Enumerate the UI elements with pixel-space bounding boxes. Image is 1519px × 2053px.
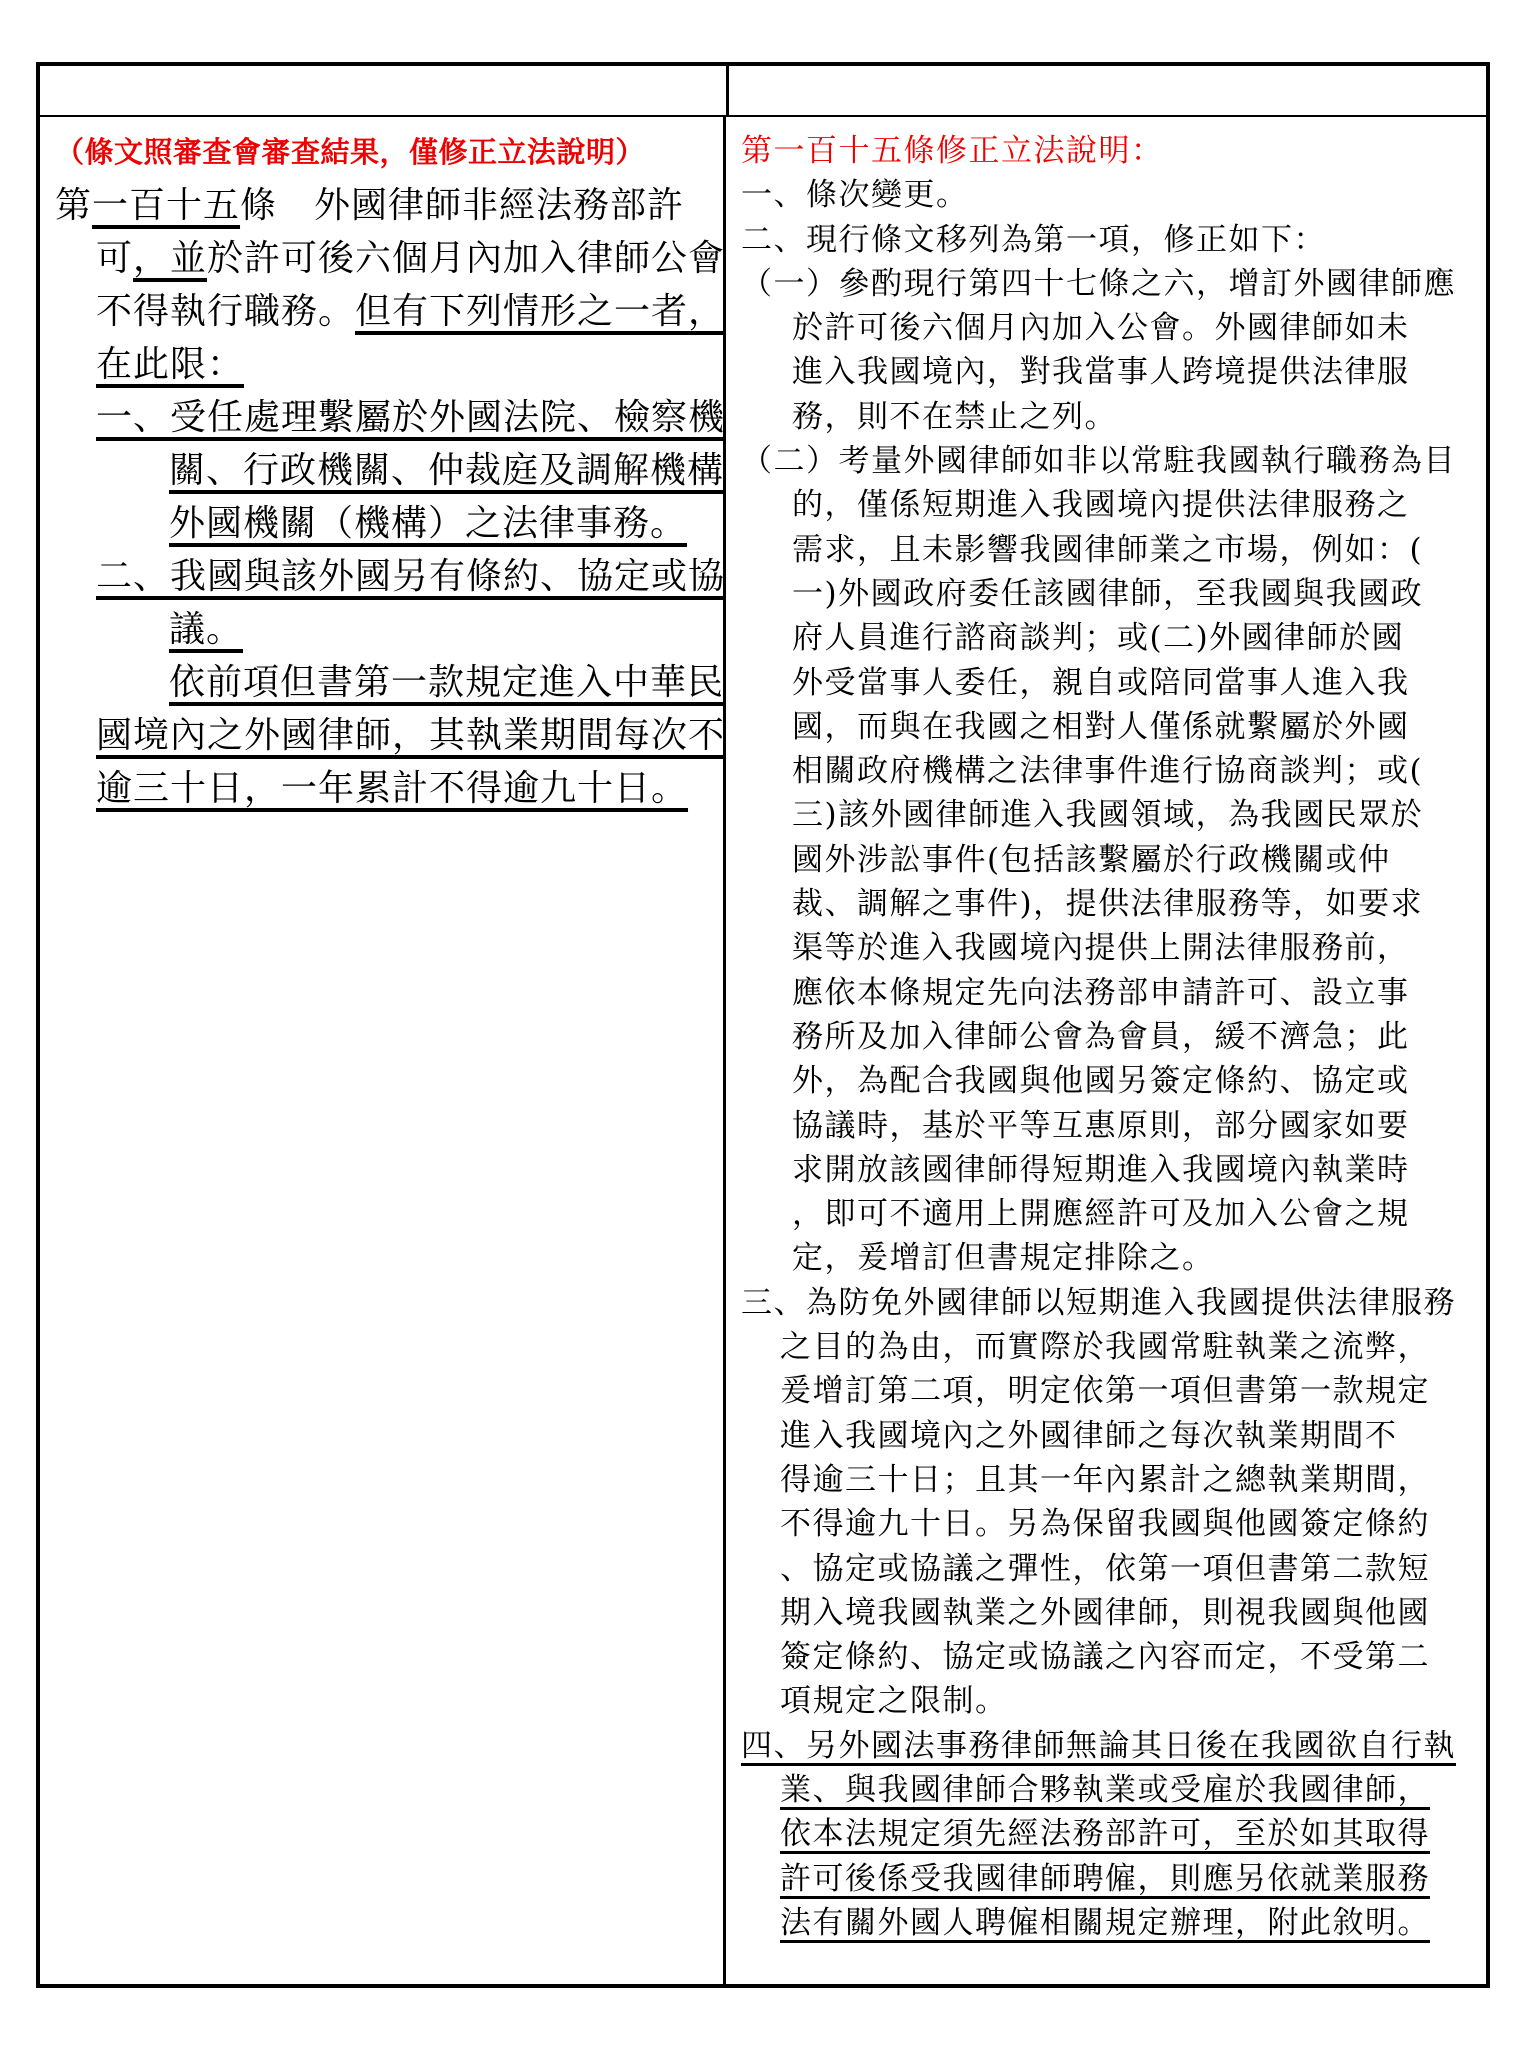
text-segment: 於許可後六個月內加入公會。外國律師如未 (792, 310, 1410, 346)
text-line: 依本法規定須先經法務部許可，至於如其取得 (741, 1812, 1482, 1856)
text-line: （一）參酌現行第四十七條之六，增訂外國律師應 (741, 262, 1482, 306)
header-cell-right (729, 66, 1486, 115)
underlined-text-segment: 業、與我國律師合夥執業或受雇於我國律師， (780, 1772, 1430, 1808)
text-line: 國外涉訟事件(包括該繫屬於行政機關或仲 (741, 838, 1482, 882)
text-line: 進入我國境內，對我當事人跨境提供法律服 (741, 350, 1482, 394)
underlined-text-segment: 關、行政機關、仲裁庭及調解機構等 (169, 450, 726, 491)
text-line: 國，而與在我國之相對人僅係就繫屬於外國 (741, 705, 1482, 749)
text-line: 第一百十五條 外國律師非經法務部許 (55, 179, 719, 232)
text-segment: 進入我國境內，對我當事人跨境提供法律服 (792, 354, 1410, 390)
text-segment: 相關政府機構之法律事件進行協商談判；或( (792, 753, 1423, 789)
text-segment: 國，而與在我國之相對人僅係就繫屬於外國 (792, 709, 1410, 745)
text-segment: （條文照審查會審查結果，僅修正立法說明） (55, 135, 645, 169)
text-segment: 外受當事人委任，親自或陪同當事人進入我 (792, 665, 1410, 701)
text-line: 第一百十五條修正立法說明： (741, 129, 1482, 173)
underlined-text-segment: ，並 (133, 238, 207, 279)
text-line: 、協定或協議之彈性，依第一項但書第二款短 (741, 1547, 1482, 1591)
text-segment: 爰增訂第二項，明定依第一項但書第一款規定 (780, 1373, 1430, 1409)
text-line: 在此限： (55, 338, 719, 391)
text-segment: 第一百十五條修正立法說明： (741, 133, 1164, 169)
underlined-text-segment: 國境內之外國律師，其執業期間每次不得 (96, 715, 726, 756)
text-segment: 府人員進行諮商談判；或(二)外國律師於國 (792, 620, 1404, 656)
text-line: 業、與我國律師合夥執業或受雇於我國律師， (741, 1768, 1482, 1812)
text-segment: 進入我國境內之外國律師之每次執業期間不 (780, 1418, 1398, 1454)
text-line: 進入我國境內之外國律師之每次執業期間不 (741, 1414, 1482, 1458)
text-segment: 求開放該國律師得短期進入我國境內執業時 (792, 1152, 1410, 1188)
underlined-text-segment: 四、另外國法事務律師無論其日後在我國欲自行執 (741, 1728, 1456, 1764)
text-line: 裁、調解之事件)，提供法律服務等，如要求 (741, 882, 1482, 926)
text-segment: 渠等於進入我國境內提供上開法律服務前， (792, 930, 1410, 966)
text-segment: 外，為配合我國與他國另簽定條約、協定或 (792, 1063, 1410, 1099)
text-segment: 三、為防免外國律師以短期進入我國提供法律服務 (741, 1285, 1456, 1321)
text-line: 之目的為由，而實際於我國常駐執業之流弊， (741, 1325, 1482, 1369)
text-line: 務所及加入律師公會為會員，緩不濟急；此 (741, 1015, 1482, 1059)
text-segment: 項規定之限制。 (780, 1683, 1008, 1719)
underlined-text-segment: 但有下列情形之一者，不 (355, 291, 726, 332)
text-line: （二）考量外國律師如非以常駐我國執行職務為目 (741, 439, 1482, 483)
text-line: 需求，且未影響我國律師業之市場，例如：( (741, 528, 1482, 572)
underlined-text-segment: 外國機關（機構）之法律事務。 (169, 503, 687, 544)
text-line: 渠等於進入我國境內提供上開法律服務前， (741, 926, 1482, 970)
text-line: 期入境我國執業之外國律師，則視我國與他國 (741, 1591, 1482, 1635)
comparison-table: （條文照審查會審查結果，僅修正立法說明）第一百十五條 外國律師非經法務部許可，並… (36, 62, 1490, 1988)
text-segment: 三)該外國律師進入我國領域，為我國民眾於 (792, 797, 1423, 833)
text-line: 關、行政機關、仲裁庭及調解機構等 (55, 444, 719, 497)
text-segment: 裁、調解之事件)，提供法律服務等，如要求 (792, 886, 1423, 922)
text-segment: 第 (55, 185, 92, 226)
text-line: 外，為配合我國與他國另簽定條約、協定或 (741, 1059, 1482, 1103)
text-line: 二、我國與該外國另有條約、協定或協 (55, 550, 719, 603)
text-segment: 協議時，基於平等互惠原則，部分國家如要 (792, 1108, 1410, 1144)
explanation-cell: 第一百十五條修正立法說明：一、條次變更。二、現行條文移列為第一項，修正如下：（一… (726, 117, 1486, 1984)
text-line: 求開放該國律師得短期進入我國境內執業時 (741, 1148, 1482, 1192)
text-line: 可，並於許可後六個月內加入律師公會， (55, 232, 719, 285)
text-line: 項規定之限制。 (741, 1679, 1482, 1723)
text-segment: 得逾三十日；且其一年內累計之總執業期間， (780, 1462, 1430, 1498)
text-segment: 定，爰增訂但書規定排除之。 (792, 1240, 1215, 1276)
text-segment: 不得逾九十日。另為保留我國與他國簽定條約 (780, 1506, 1430, 1542)
text-segment: 之目的為由，而實際於我國常駐執業之流弊， (780, 1329, 1430, 1365)
underlined-text-segment: 一、受任處理繫屬於外國法院、檢察機 (96, 397, 725, 438)
text-line: 定，爰增訂但書規定排除之。 (741, 1236, 1482, 1280)
underlined-text-segment: 在此限： (96, 344, 244, 385)
text-line: 簽定條約、協定或協議之內容而定，不受第二 (741, 1635, 1482, 1679)
text-segment: 簽定條約、協定或協議之內容而定，不受第二 (780, 1639, 1430, 1675)
document-page: （條文照審查會審查結果，僅修正立法說明）第一百十五條 外國律師非經法務部許可，並… (0, 0, 1519, 2053)
text-line: 的，僅係短期進入我國境內提供法律服務之 (741, 483, 1482, 527)
text-line: 協議時，基於平等互惠原則，部分國家如要 (741, 1104, 1482, 1148)
text-line: 一、受任處理繫屬於外國法院、檢察機 (55, 391, 719, 444)
text-segment: 條 外國律師非經法務部許 (240, 185, 684, 226)
header-cell-left (40, 66, 729, 115)
underlined-text-segment: 逾三十日，一年累計不得逾九十日。 (96, 768, 688, 809)
text-segment: 國外涉訟事件(包括該繫屬於行政機關或仲 (792, 842, 1391, 878)
underlined-text-segment: 議。 (169, 609, 243, 650)
text-segment: （一）參酌現行第四十七條之六，增訂外國律師應 (741, 266, 1456, 302)
underlined-text-segment: 依本法規定須先經法務部許可，至於如其取得 (780, 1816, 1430, 1852)
text-line: 府人員進行諮商談判；或(二)外國律師於國 (741, 616, 1482, 660)
text-line: 一、條次變更。 (741, 173, 1482, 217)
underlined-text-segment: 依前項但書第一款規定進入中華民 (169, 662, 724, 703)
text-line: 逾三十日，一年累計不得逾九十日。 (55, 762, 719, 815)
text-line: 議。 (55, 603, 719, 656)
text-line: 法有關外國人聘僱相關規定辦理，附此敘明。 (741, 1901, 1482, 1945)
text-line: 於許可後六個月內加入公會。外國律師如未 (741, 306, 1482, 350)
text-segment: 應依本條規定先向法務部申請許可、設立事 (792, 975, 1410, 1011)
text-line: 國境內之外國律師，其執業期間每次不得 (55, 709, 719, 762)
underlined-text-segment: 二、我國與該外國另有條約、協定或協 (96, 556, 725, 597)
text-line: 相關政府機構之法律事件進行協商談判；或( (741, 749, 1482, 793)
text-line: 三)該外國律師進入我國領域，為我國民眾於 (741, 793, 1482, 837)
text-line: 外受當事人委任，親自或陪同當事人進入我 (741, 661, 1482, 705)
text-line: 務，則不在禁止之列。 (741, 395, 1482, 439)
text-line: 三、為防免外國律師以短期進入我國提供法律服務 (741, 1281, 1482, 1325)
text-line: （條文照審查會審查結果，僅修正立法說明） (55, 126, 719, 179)
text-segment: 的，僅係短期進入我國境內提供法律服務之 (792, 487, 1410, 523)
text-line: 四、另外國法事務律師無論其日後在我國欲自行執 (741, 1724, 1482, 1768)
text-segment: 一)外國政府委任該國律師，至我國與我國政 (792, 576, 1423, 612)
text-line: 不得逾九十日。另為保留我國與他國簽定條約 (741, 1502, 1482, 1546)
text-line: 應依本條規定先向法務部申請許可、設立事 (741, 971, 1482, 1015)
text-segment: 二、現行條文移列為第一項，修正如下： (741, 222, 1326, 258)
underlined-text-segment: 許可後係受我國律師聘僱，則應另依就業服務 (780, 1861, 1430, 1897)
text-line: 爰增訂第二項，明定依第一項但書第一款規定 (741, 1369, 1482, 1413)
text-segment: 不得執行職務。 (96, 291, 355, 332)
text-segment: ，即可不適用上開應經許可及加入公會之規 (792, 1196, 1410, 1232)
amended-provision-cell: （條文照審查會審查結果，僅修正立法說明）第一百十五條 外國律師非經法務部許可，並… (40, 117, 726, 1984)
text-segment: 一、條次變更。 (741, 177, 969, 213)
text-segment: 於許可後六個月內加入律師公會， (207, 238, 726, 279)
text-segment: 務所及加入律師公會為會員，緩不濟急；此 (792, 1019, 1410, 1055)
underlined-text-segment: 一百十五 (92, 185, 240, 226)
text-segment: 、協定或協議之彈性，依第一項但書第二款短 (780, 1551, 1430, 1587)
text-line: 許可後係受我國律師聘僱，則應另依就業服務 (741, 1857, 1482, 1901)
text-line: 一)外國政府委任該國律師，至我國與我國政 (741, 572, 1482, 616)
text-segment: 需求，且未影響我國律師業之市場，例如：( (792, 532, 1423, 568)
text-line: 得逾三十日；且其一年內累計之總執業期間， (741, 1458, 1482, 1502)
text-line: 外國機關（機構）之法律事務。 (55, 497, 719, 550)
text-line: 二、現行條文移列為第一項，修正如下： (741, 218, 1482, 262)
text-segment: （二）考量外國律師如非以常駐我國執行職務為目 (741, 443, 1456, 479)
text-segment: 期入境我國執業之外國律師，則視我國與他國 (780, 1595, 1430, 1631)
table-header-row (40, 66, 1486, 117)
text-segment: 可 (96, 238, 133, 279)
text-line: ，即可不適用上開應經許可及加入公會之規 (741, 1192, 1482, 1236)
text-line: 依前項但書第一款規定進入中華民 (55, 656, 719, 709)
text-segment: 務，則不在禁止之列。 (792, 399, 1117, 435)
table-body-row: （條文照審查會審查結果，僅修正立法說明）第一百十五條 外國律師非經法務部許可，並… (40, 117, 1486, 1984)
underlined-text-segment: 法有關外國人聘僱相關規定辦理，附此敘明。 (780, 1905, 1430, 1941)
text-line: 不得執行職務。但有下列情形之一者，不 (55, 285, 719, 338)
